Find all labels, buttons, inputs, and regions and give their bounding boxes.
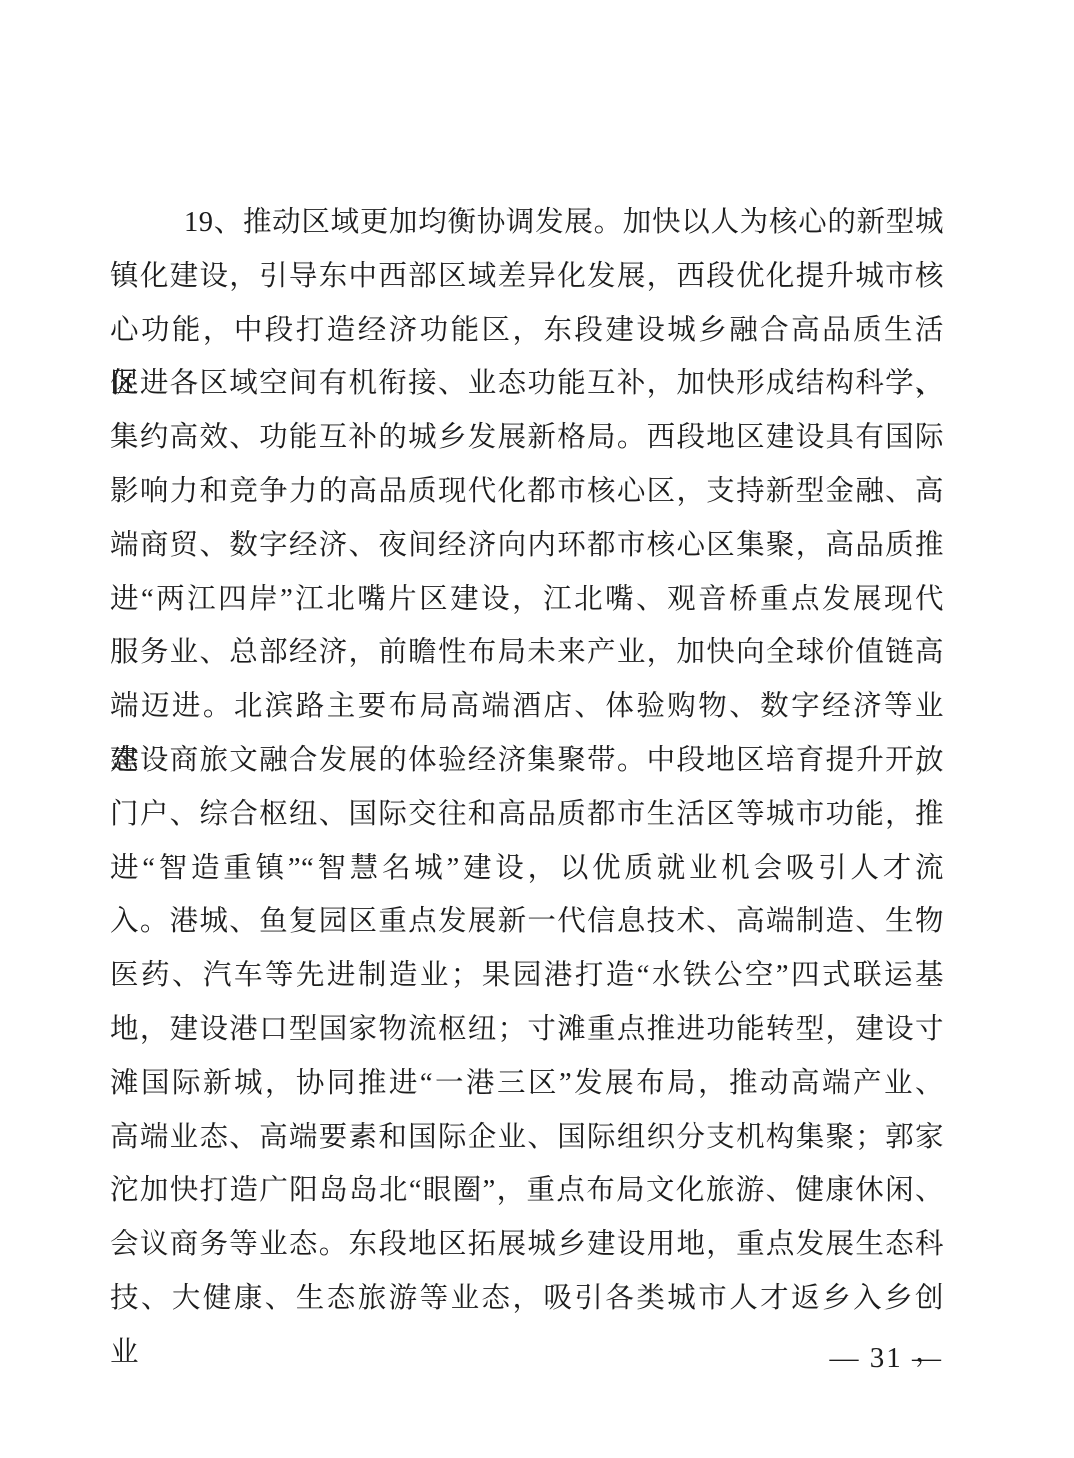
- paragraph-line: 镇化建设，引导东中西部区域差异化发展，西段优化提升城市核: [110, 250, 944, 304]
- paragraph-line: 集约高效、功能互补的城乡发展新格局。西段地区建设具有国际: [110, 411, 944, 465]
- paragraph-line: 心功能，中段打造经济功能区，东段建设城乡融合高品质生活区，: [110, 304, 944, 358]
- page-number: — 31 —: [830, 1338, 944, 1378]
- paragraph-line: 沱加快打造广阳岛岛北“眼圈”，重点布局文化旅游、健康休闲、: [110, 1164, 944, 1218]
- paragraph-line: 进“智造重镇”“智慧名城”建设，以优质就业机会吸引人才流: [110, 842, 944, 896]
- document-page: 19、推动区域更加均衡协调发展。加快以人为核心的新型城 镇化建设，引导东中西部区…: [0, 0, 1074, 1458]
- paragraph-line: 门户、综合枢纽、国际交往和高品质都市生活区等城市功能，推: [110, 788, 944, 842]
- paragraph-line: 19、推动区域更加均衡协调发展。加快以人为核心的新型城: [110, 196, 944, 250]
- paragraph-line: 滩国际新城，协同推进“一港三区”发展布局，推动高端产业、: [110, 1057, 944, 1111]
- paragraph-19: 19、推动区域更加均衡协调发展。加快以人为核心的新型城 镇化建设，引导东中西部区…: [110, 196, 944, 1326]
- paragraph-line: 高端业态、高端要素和国际企业、国际组织分支机构集聚；郭家: [110, 1111, 944, 1165]
- paragraph-line: 建设商旅文融合发展的体验经济集聚带。中段地区培育提升开放: [110, 734, 944, 788]
- paragraph-line: 会议商务等业态。东段地区拓展城乡建设用地，重点发展生态科: [110, 1218, 944, 1272]
- paragraph-line: 技、大健康、生态旅游等业态，吸引各类城市人才返乡入乡创业，: [110, 1272, 944, 1326]
- paragraph-line: 入。港城、鱼复园区重点发展新一代信息技术、高端制造、生物: [110, 895, 944, 949]
- paragraph-line: 医药、汽车等先进制造业；果园港打造“水铁公空”四式联运基: [110, 949, 944, 1003]
- paragraph-line: 服务业、总部经济，前瞻性布局未来产业，加快向全球价值链高: [110, 626, 944, 680]
- paragraph-line: 地，建设港口型国家物流枢纽；寸滩重点推进功能转型，建设寸: [110, 1003, 944, 1057]
- paragraph-line: 进“两江四岸”江北嘴片区建设，江北嘴、观音桥重点发展现代: [110, 573, 944, 627]
- paragraph-line: 促进各区域空间有机衔接、业态功能互补，加快形成结构科学、: [110, 357, 944, 411]
- paragraph-line: 端迈进。北滨路主要布局高端酒店、体验购物、数字经济等业态，: [110, 680, 944, 734]
- paragraph-line: 影响力和竞争力的高品质现代化都市核心区，支持新型金融、高: [110, 465, 944, 519]
- paragraph-line: 端商贸、数字经济、夜间经济向内环都市核心区集聚，高品质推: [110, 519, 944, 573]
